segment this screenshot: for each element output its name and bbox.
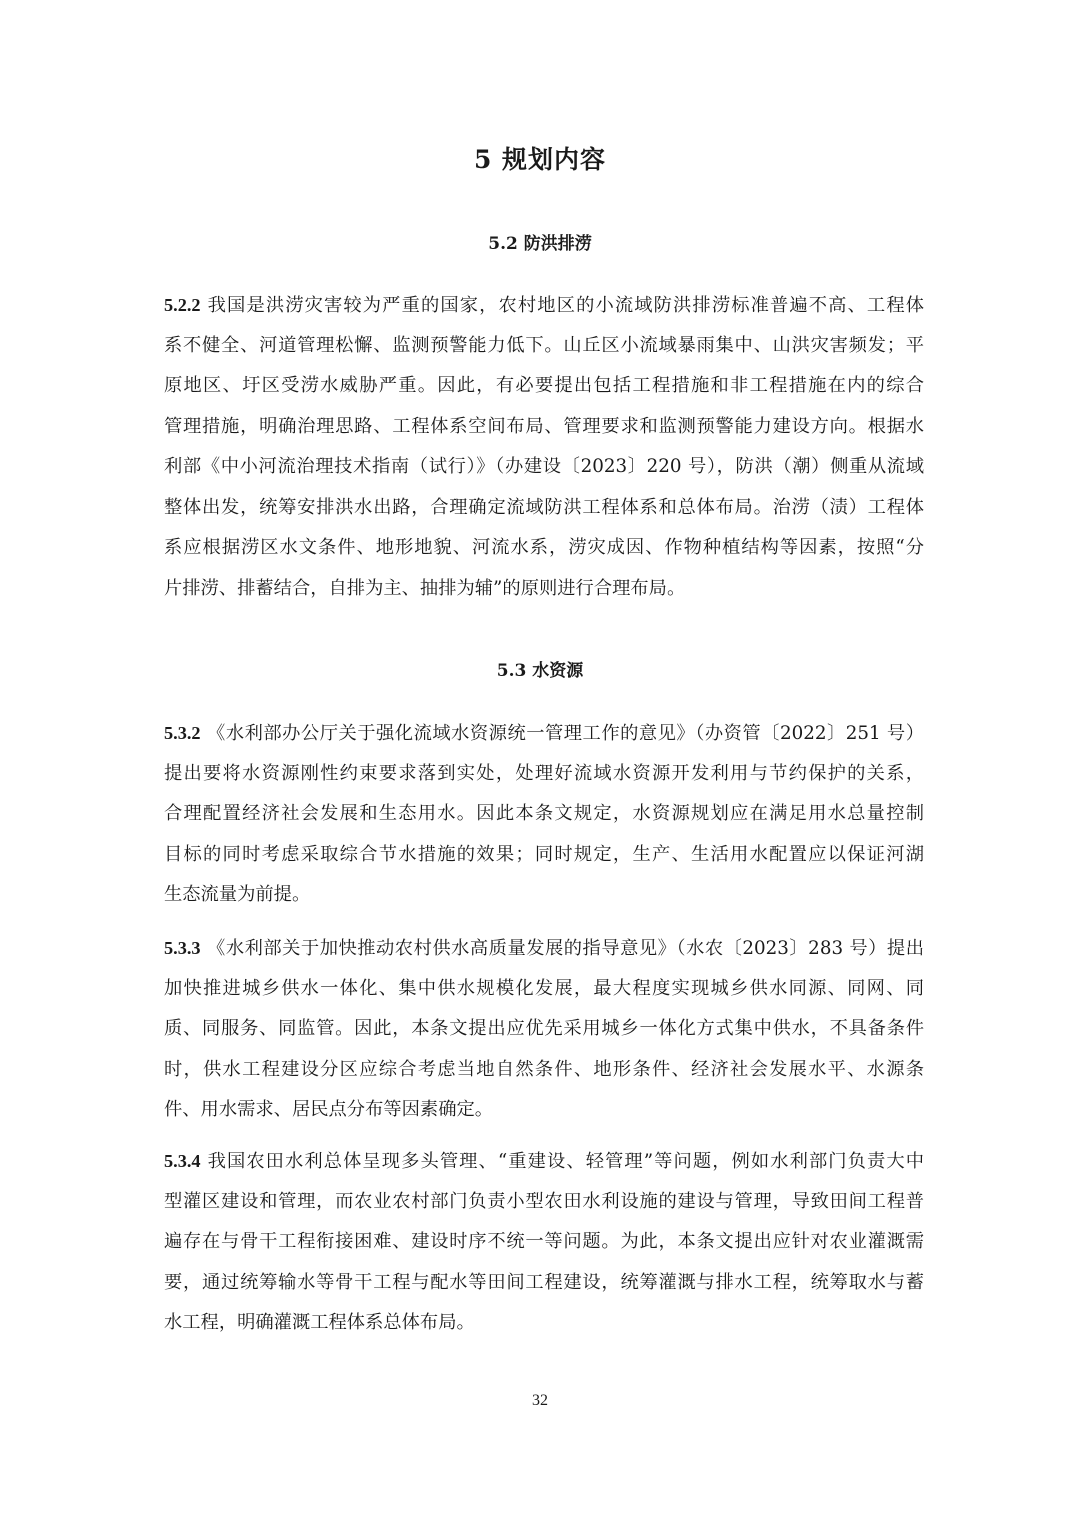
- text-line: 5.2.2我国是洪涝灾害较为严重的国家，农村地区的小流域防洪排涝标准普遍不高、工…: [164, 285, 924, 326]
- text-line: 系应根据涝区水文条件、地形地貌、河流水系，涝灾成因、作物种植结构等因素，按照“分: [164, 528, 924, 569]
- clause-5-2-2: 5.2.2我国是洪涝灾害较为严重的国家，农村地区的小流域防洪排涝标准普遍不高、工…: [164, 285, 924, 609]
- clause-number: 5.3.3: [164, 938, 201, 958]
- text-line: 管理措施，明确治理思路、工程体系空间布局、管理要求和监测预警能力建设方向。根据水: [164, 407, 924, 448]
- text-line: 质、同服务、同监管。因此，本条文提出应优先采用城乡一体化方式集中供水，不具备条件: [164, 1009, 924, 1050]
- clause-number: 5.2.2: [164, 295, 201, 315]
- text-line: 合理配置经济社会发展和生态用水。因此本条文规定，水资源规划应在满足用水总量控制: [164, 794, 924, 835]
- text-line: 原地区、圩区受涝水威胁严重。因此，有必要提出包括工程措施和非工程措施在内的综合: [164, 366, 924, 407]
- text-line: 5.3.4我国农田水利总体呈现多头管理、“重建设、轻管理”等问题，例如水利部门负…: [164, 1141, 924, 1182]
- text-line: 整体出发，统筹安排洪水出路，合理确定流域防洪工程体系和总体布局。治涝（渍）工程体: [164, 488, 924, 529]
- section-title-5-2: 5.2 防洪排涝: [0, 229, 1080, 254]
- text-line: 生态流量为前提。: [164, 875, 924, 916]
- text-line: 水工程，明确灌溉工程体系总体布局。: [164, 1303, 924, 1344]
- text-line: 系不健全、河道管理松懈、监测预警能力低下。山丘区小流域暴雨集中、山洪灾害频发；平: [164, 326, 924, 367]
- text-line: 遍存在与骨干工程衔接困难、建设时序不统一等问题。为此，本条文提出应针对农业灌溉需: [164, 1222, 924, 1263]
- text-line: 5.3.3《水利部关于加快推动农村供水高质量发展的指导意见》（水农〔2023〕2…: [164, 928, 924, 969]
- text-line: 利部《中小河流治理技术指南（试行）》（办建设〔2023〕220 号），防洪（潮）…: [164, 447, 924, 488]
- text-line: 片排涝、排蓄结合，自排为主、抽排为辅”的原则进行合理布局。: [164, 569, 924, 610]
- chapter-title: 5 规划内容: [0, 140, 1080, 176]
- text-line: 加快推进城乡供水一体化、集中供水规模化发展，最大程度实现城乡供水同源、同网、同: [164, 969, 924, 1010]
- text-line: 件、用水需求、居民点分布等因素确定。: [164, 1090, 924, 1131]
- text-line: 时，供水工程建设分区应综合考虑当地自然条件、地形条件、经济社会发展水平、水源条: [164, 1050, 924, 1091]
- text-line: 5.3.2《水利部办公厅关于强化流域水资源统一管理工作的意见》（办资管〔2022…: [164, 713, 924, 754]
- clause-number: 5.3.4: [164, 1151, 201, 1171]
- clause-5-3-2: 5.3.2《水利部办公厅关于强化流域水资源统一管理工作的意见》（办资管〔2022…: [164, 713, 924, 916]
- clause-5-3-4: 5.3.4我国农田水利总体呈现多头管理、“重建设、轻管理”等问题，例如水利部门负…: [164, 1141, 924, 1344]
- section-title-5-3: 5.3 水资源: [0, 656, 1080, 681]
- text-line: 目标的同时考虑采取综合节水措施的效果；同时规定，生产、生活用水配置应以保证河湖: [164, 835, 924, 876]
- clause-number: 5.3.2: [164, 723, 201, 743]
- page-number: 32: [0, 1392, 1080, 1410]
- document-page: 5 规划内容 5.2 防洪排涝 5.2.2我国是洪涝灾害较为严重的国家，农村地区…: [0, 0, 1080, 1527]
- text-line: 型灌区建设和管理，而农业农村部门负责小型农田水利设施的建设与管理，导致田间工程普: [164, 1182, 924, 1223]
- text-line: 要，通过统筹输水等骨干工程与配水等田间工程建设，统筹灌溉与排水工程，统筹取水与蓄: [164, 1263, 924, 1304]
- clause-5-3-3: 5.3.3《水利部关于加快推动农村供水高质量发展的指导意见》（水农〔2023〕2…: [164, 928, 924, 1131]
- text-line: 提出要将水资源刚性约束要求落到实处，处理好流域水资源开发利用与节约保护的关系，: [164, 754, 924, 795]
